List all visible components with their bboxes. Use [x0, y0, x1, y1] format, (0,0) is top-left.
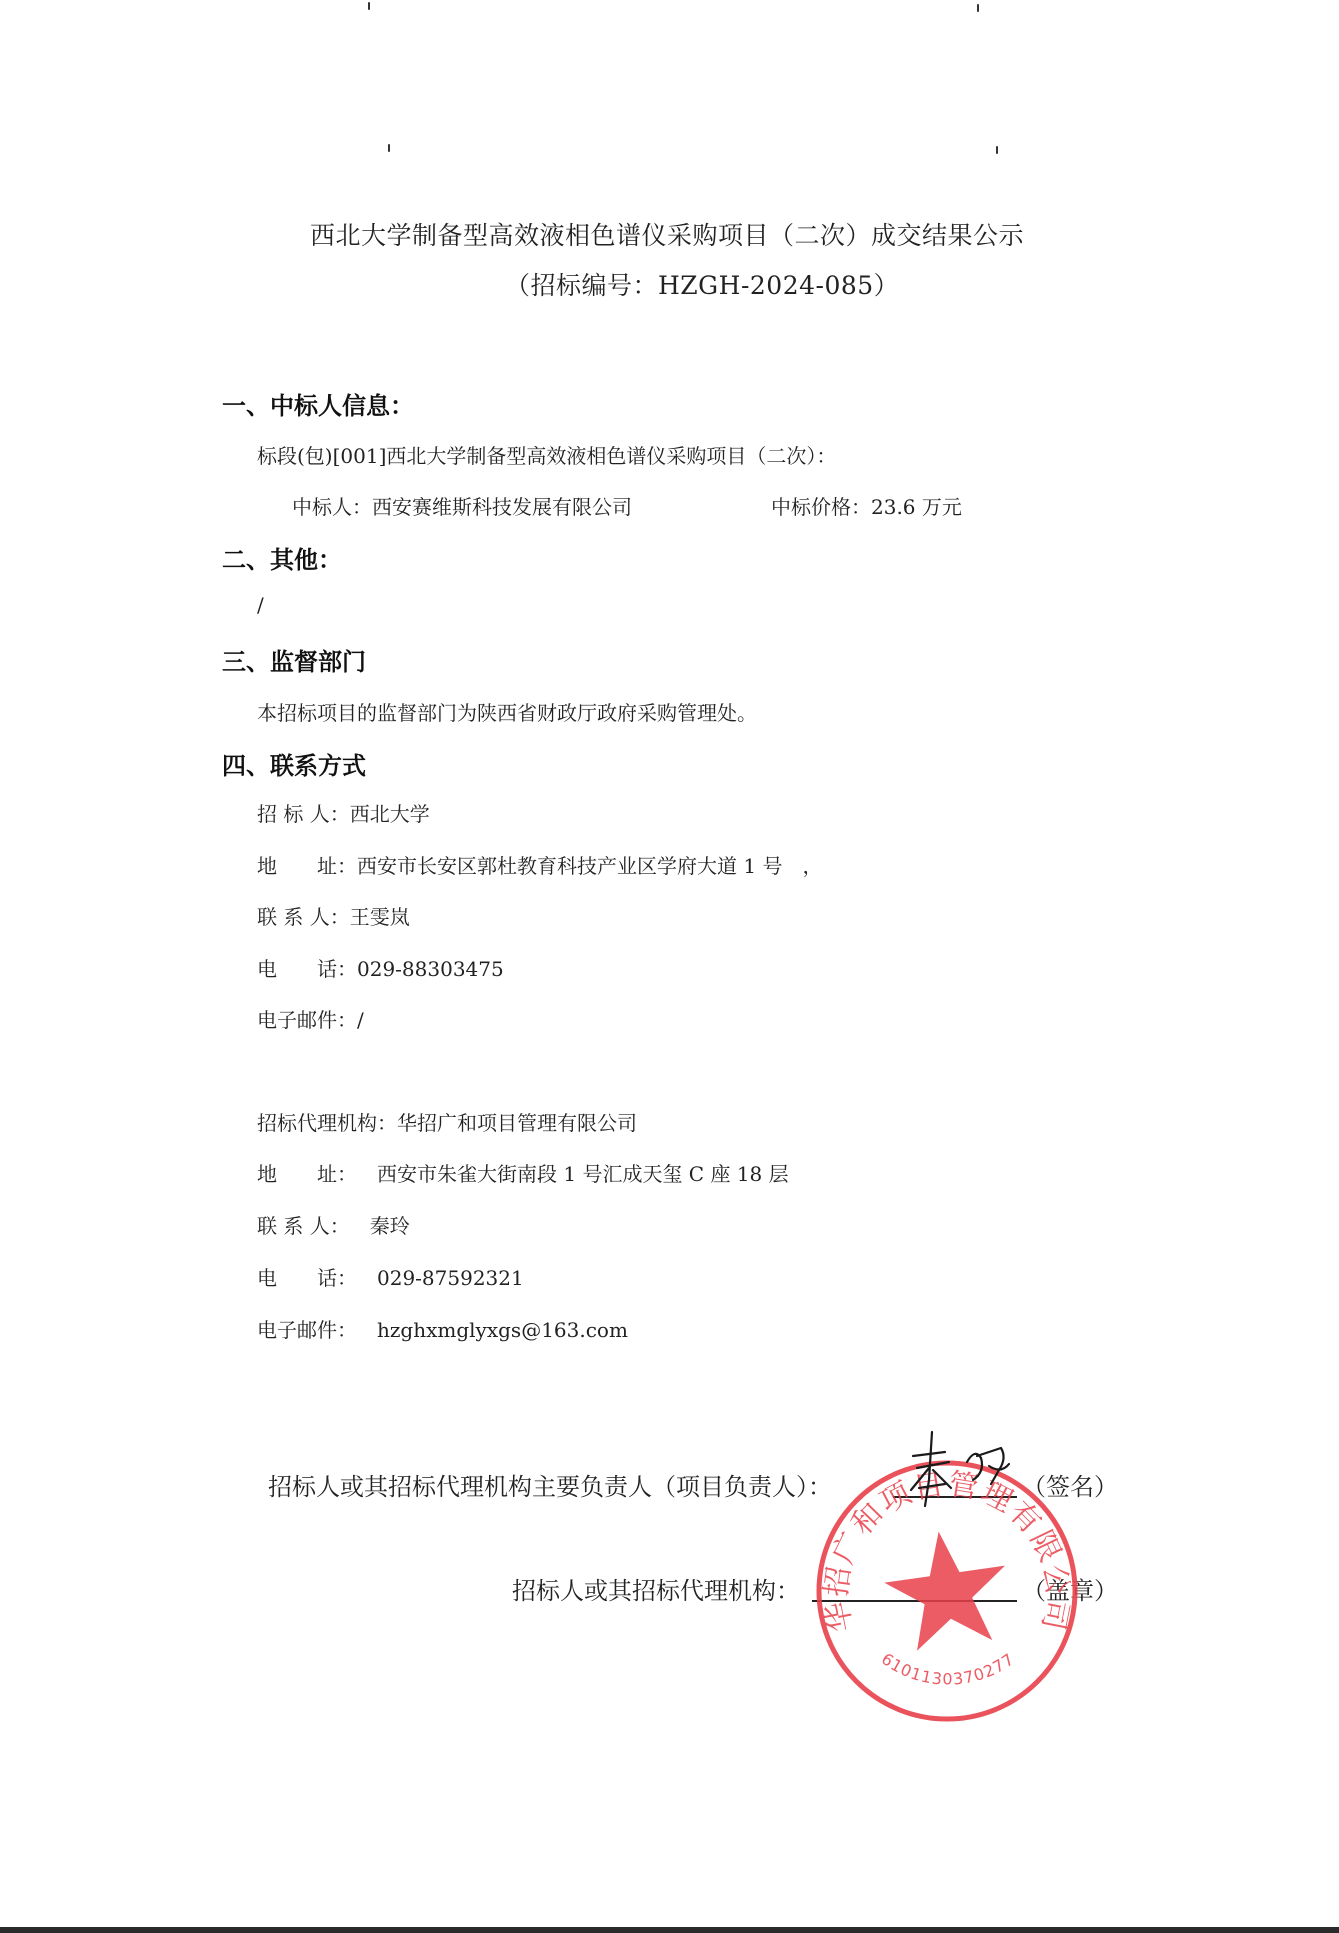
agency-row-contact: 联 系 人： 秦玲 — [257, 1210, 410, 1239]
supervision-content: 本招标项目的监督部门为陕西省财政厅政府采购管理处。 — [257, 697, 757, 726]
section-heading-winner: 一、中标人信息： — [222, 386, 414, 421]
star-icon — [878, 1523, 1015, 1654]
scan-mark — [388, 144, 390, 152]
tenderer-row-contact: 联 系 人：王雯岚 — [257, 901, 410, 930]
tenderer-row-name: 招 标 人：西北大学 — [257, 798, 430, 827]
row-value: / — [357, 1008, 364, 1032]
row-label: 联 系 人： — [257, 1210, 350, 1239]
row-value: 秦玲 — [350, 1214, 410, 1238]
scan-bottom-edge — [0, 1927, 1339, 1933]
row-value: 西安市长安区郭杜教育科技产业区学府大道 1 号 ， — [357, 854, 822, 878]
agency-row-address: 地 址： 西安市朱雀大街南段 1 号汇成天玺 C 座 18 层 — [257, 1158, 789, 1187]
row-value: 西北大学 — [350, 802, 430, 826]
row-value: 西安市朱雀大街南段 1 号汇成天玺 C 座 18 层 — [357, 1162, 789, 1186]
row-label: 招 标 人： — [257, 798, 350, 827]
scan-mark — [368, 2, 370, 10]
row-value: 029-87592321 — [357, 1266, 524, 1290]
stamp-number: 6101130370277 — [878, 1649, 1018, 1688]
row-value: 王雯岚 — [350, 905, 410, 929]
scan-mark — [977, 4, 979, 12]
row-value: 华招广和项目管理有限公司 — [397, 1111, 637, 1135]
row-label: 电子邮件： — [257, 1004, 357, 1033]
handwritten-signature — [905, 1428, 1025, 1508]
tenderer-row-address: 地 址：西安市长安区郭杜教育科技产业区学府大道 1 号 ， — [257, 850, 822, 879]
agency-row-phone: 电 话： 029-87592321 — [257, 1262, 524, 1291]
other-content: / — [257, 593, 264, 617]
row-value: 029-88303475 — [357, 957, 504, 981]
scan-mark — [996, 146, 998, 154]
responsible-person-label: 招标人或其招标代理机构主要负责人（项目负责人）： — [268, 1467, 832, 1502]
row-label: 招标代理机构： — [257, 1107, 397, 1136]
winner-name: 中标人：西安赛维斯科技发展有限公司 — [292, 491, 632, 520]
row-label: 电子邮件： — [257, 1314, 357, 1343]
row-value: hzghxmglyxgs@163.com — [357, 1318, 628, 1342]
row-label: 电 话： — [257, 1262, 357, 1291]
tenderer-row-email: 电子邮件：/ — [257, 1004, 364, 1033]
svg-text:6101130370277: 6101130370277 — [878, 1649, 1018, 1688]
tender-number: （招标编号：HZGH-2024-085） — [505, 266, 899, 302]
row-label: 电 话： — [257, 953, 357, 982]
tenderer-row-phone: 电 话：029-88303475 — [257, 953, 504, 982]
section-heading-contact: 四、联系方式 — [222, 746, 366, 781]
section-heading-other: 二、其他： — [222, 540, 342, 575]
agency-row-name: 招标代理机构：华招广和项目管理有限公司 — [257, 1107, 637, 1136]
row-label: 联 系 人： — [257, 901, 350, 930]
agency-row-email: 电子邮件： hzghxmglyxgs@163.com — [257, 1314, 628, 1343]
document-title: 西北大学制备型高效液相色谱仪采购项目（二次）成交结果公示 — [310, 216, 1024, 252]
section-heading-supervision: 三、监督部门 — [222, 642, 366, 677]
row-label: 地 址： — [257, 1158, 357, 1187]
organization-label: 招标人或其招标代理机构： — [512, 1571, 800, 1606]
lot-line: 标段(包)[001]西北大学制备型高效液相色谱仪采购项目（二次）： — [257, 440, 836, 469]
row-label: 地 址： — [257, 850, 357, 879]
winning-price: 中标价格：23.6 万元 — [771, 491, 962, 520]
